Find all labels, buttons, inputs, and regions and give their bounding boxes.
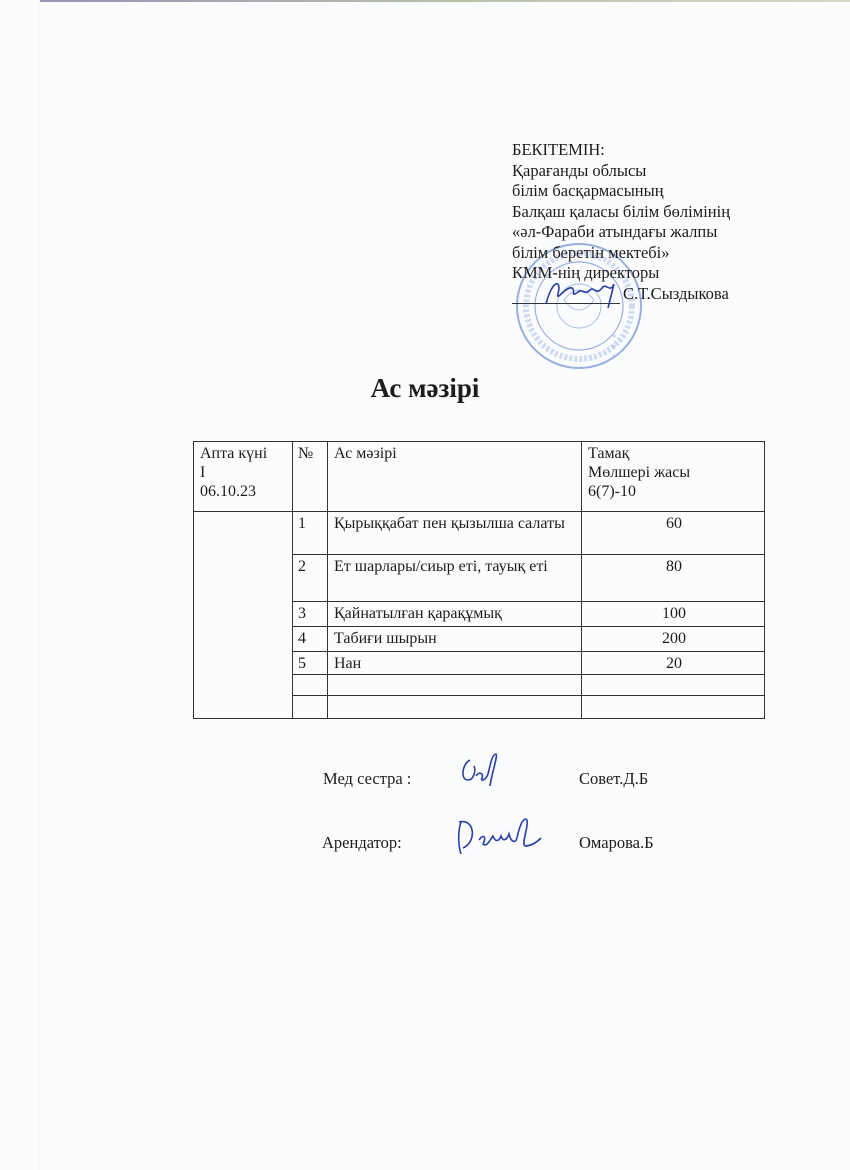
row-amount: 20 — [582, 652, 765, 675]
nurse-signature-icon — [456, 750, 502, 790]
row-dish: Қырыққабат пен қызылша салаты — [328, 512, 582, 555]
scan-top-edge — [40, 0, 850, 2]
row-amount — [582, 696, 765, 719]
approval-block: БЕКІТЕМІН: Қарағанды облысы білім басқар… — [512, 140, 802, 306]
row-dish: Нан — [328, 652, 582, 675]
header-menu: Ас мәзірі — [328, 442, 582, 512]
approval-line: Қарағанды облысы — [512, 161, 802, 182]
day-label: Апта күні — [200, 444, 288, 463]
menu-table: Апта күні I 06.10.23 № Ас мәзірі Тамақ М… — [193, 441, 765, 719]
tenant-name: Омарова.Б — [579, 833, 654, 853]
header-day: Апта күні I 06.10.23 — [194, 442, 293, 512]
approval-heading: БЕКІТЕМІН: — [512, 140, 802, 161]
row-amount: 200 — [582, 627, 765, 652]
table-header-row: Апта күні I 06.10.23 № Ас мәзірі Тамақ М… — [194, 442, 765, 512]
row-number: 4 — [293, 627, 328, 652]
day-cell-empty — [194, 512, 293, 719]
row-dish — [328, 696, 582, 719]
row-number: 1 — [293, 512, 328, 555]
approval-line: «әл-Фараби атындағы жалпы — [512, 222, 802, 243]
tenant-label: Арендатор: — [322, 833, 402, 853]
page-title: Ас мәзірі — [0, 373, 850, 404]
row-number — [293, 696, 328, 719]
table-row: 1 Қырыққабат пен қызылша салаты 60 — [194, 512, 765, 555]
approval-line: Балқаш қаласы білім бөлімінің — [512, 202, 802, 223]
row-amount: 60 — [582, 512, 765, 555]
amount-header-line: Тамақ — [588, 444, 760, 463]
scan-left-edge — [38, 0, 39, 1170]
svg-text:*: * — [612, 353, 616, 362]
row-dish: Табиғи шырын — [328, 627, 582, 652]
nurse-label: Мед сестра : — [323, 769, 411, 789]
director-signature-line: С.Т.Сыздыкова — [512, 284, 802, 306]
row-number — [293, 675, 328, 696]
amount-header-line: 6(7)-10 — [588, 482, 760, 501]
amount-header-line: Мөлшері жасы — [588, 463, 760, 482]
row-amount — [582, 675, 765, 696]
director-name: С.Т.Сыздыкова — [623, 284, 729, 305]
row-number: 2 — [293, 555, 328, 602]
row-amount: 100 — [582, 602, 765, 627]
header-amount: Тамақ Мөлшері жасы 6(7)-10 — [582, 442, 765, 512]
menu-date: 06.10.23 — [200, 482, 288, 501]
approval-line: білім басқармасының — [512, 181, 802, 202]
row-dish — [328, 675, 582, 696]
header-number: № — [293, 442, 328, 512]
row-dish: Қайнатылған қарақұмық — [328, 602, 582, 627]
nurse-name: Совет.Д.Б — [579, 769, 648, 789]
row-number: 5 — [293, 652, 328, 675]
row-amount: 80 — [582, 555, 765, 602]
row-dish: Ет шарлары/сиыр еті, тауық еті — [328, 555, 582, 602]
approval-line: білім беретін мектебі» — [512, 243, 802, 264]
director-signature-icon — [540, 274, 630, 310]
tenant-signature-icon — [453, 814, 543, 858]
day-number: I — [200, 463, 288, 482]
svg-text:*: * — [612, 343, 616, 352]
row-number: 3 — [293, 602, 328, 627]
svg-text:*: * — [612, 333, 616, 342]
